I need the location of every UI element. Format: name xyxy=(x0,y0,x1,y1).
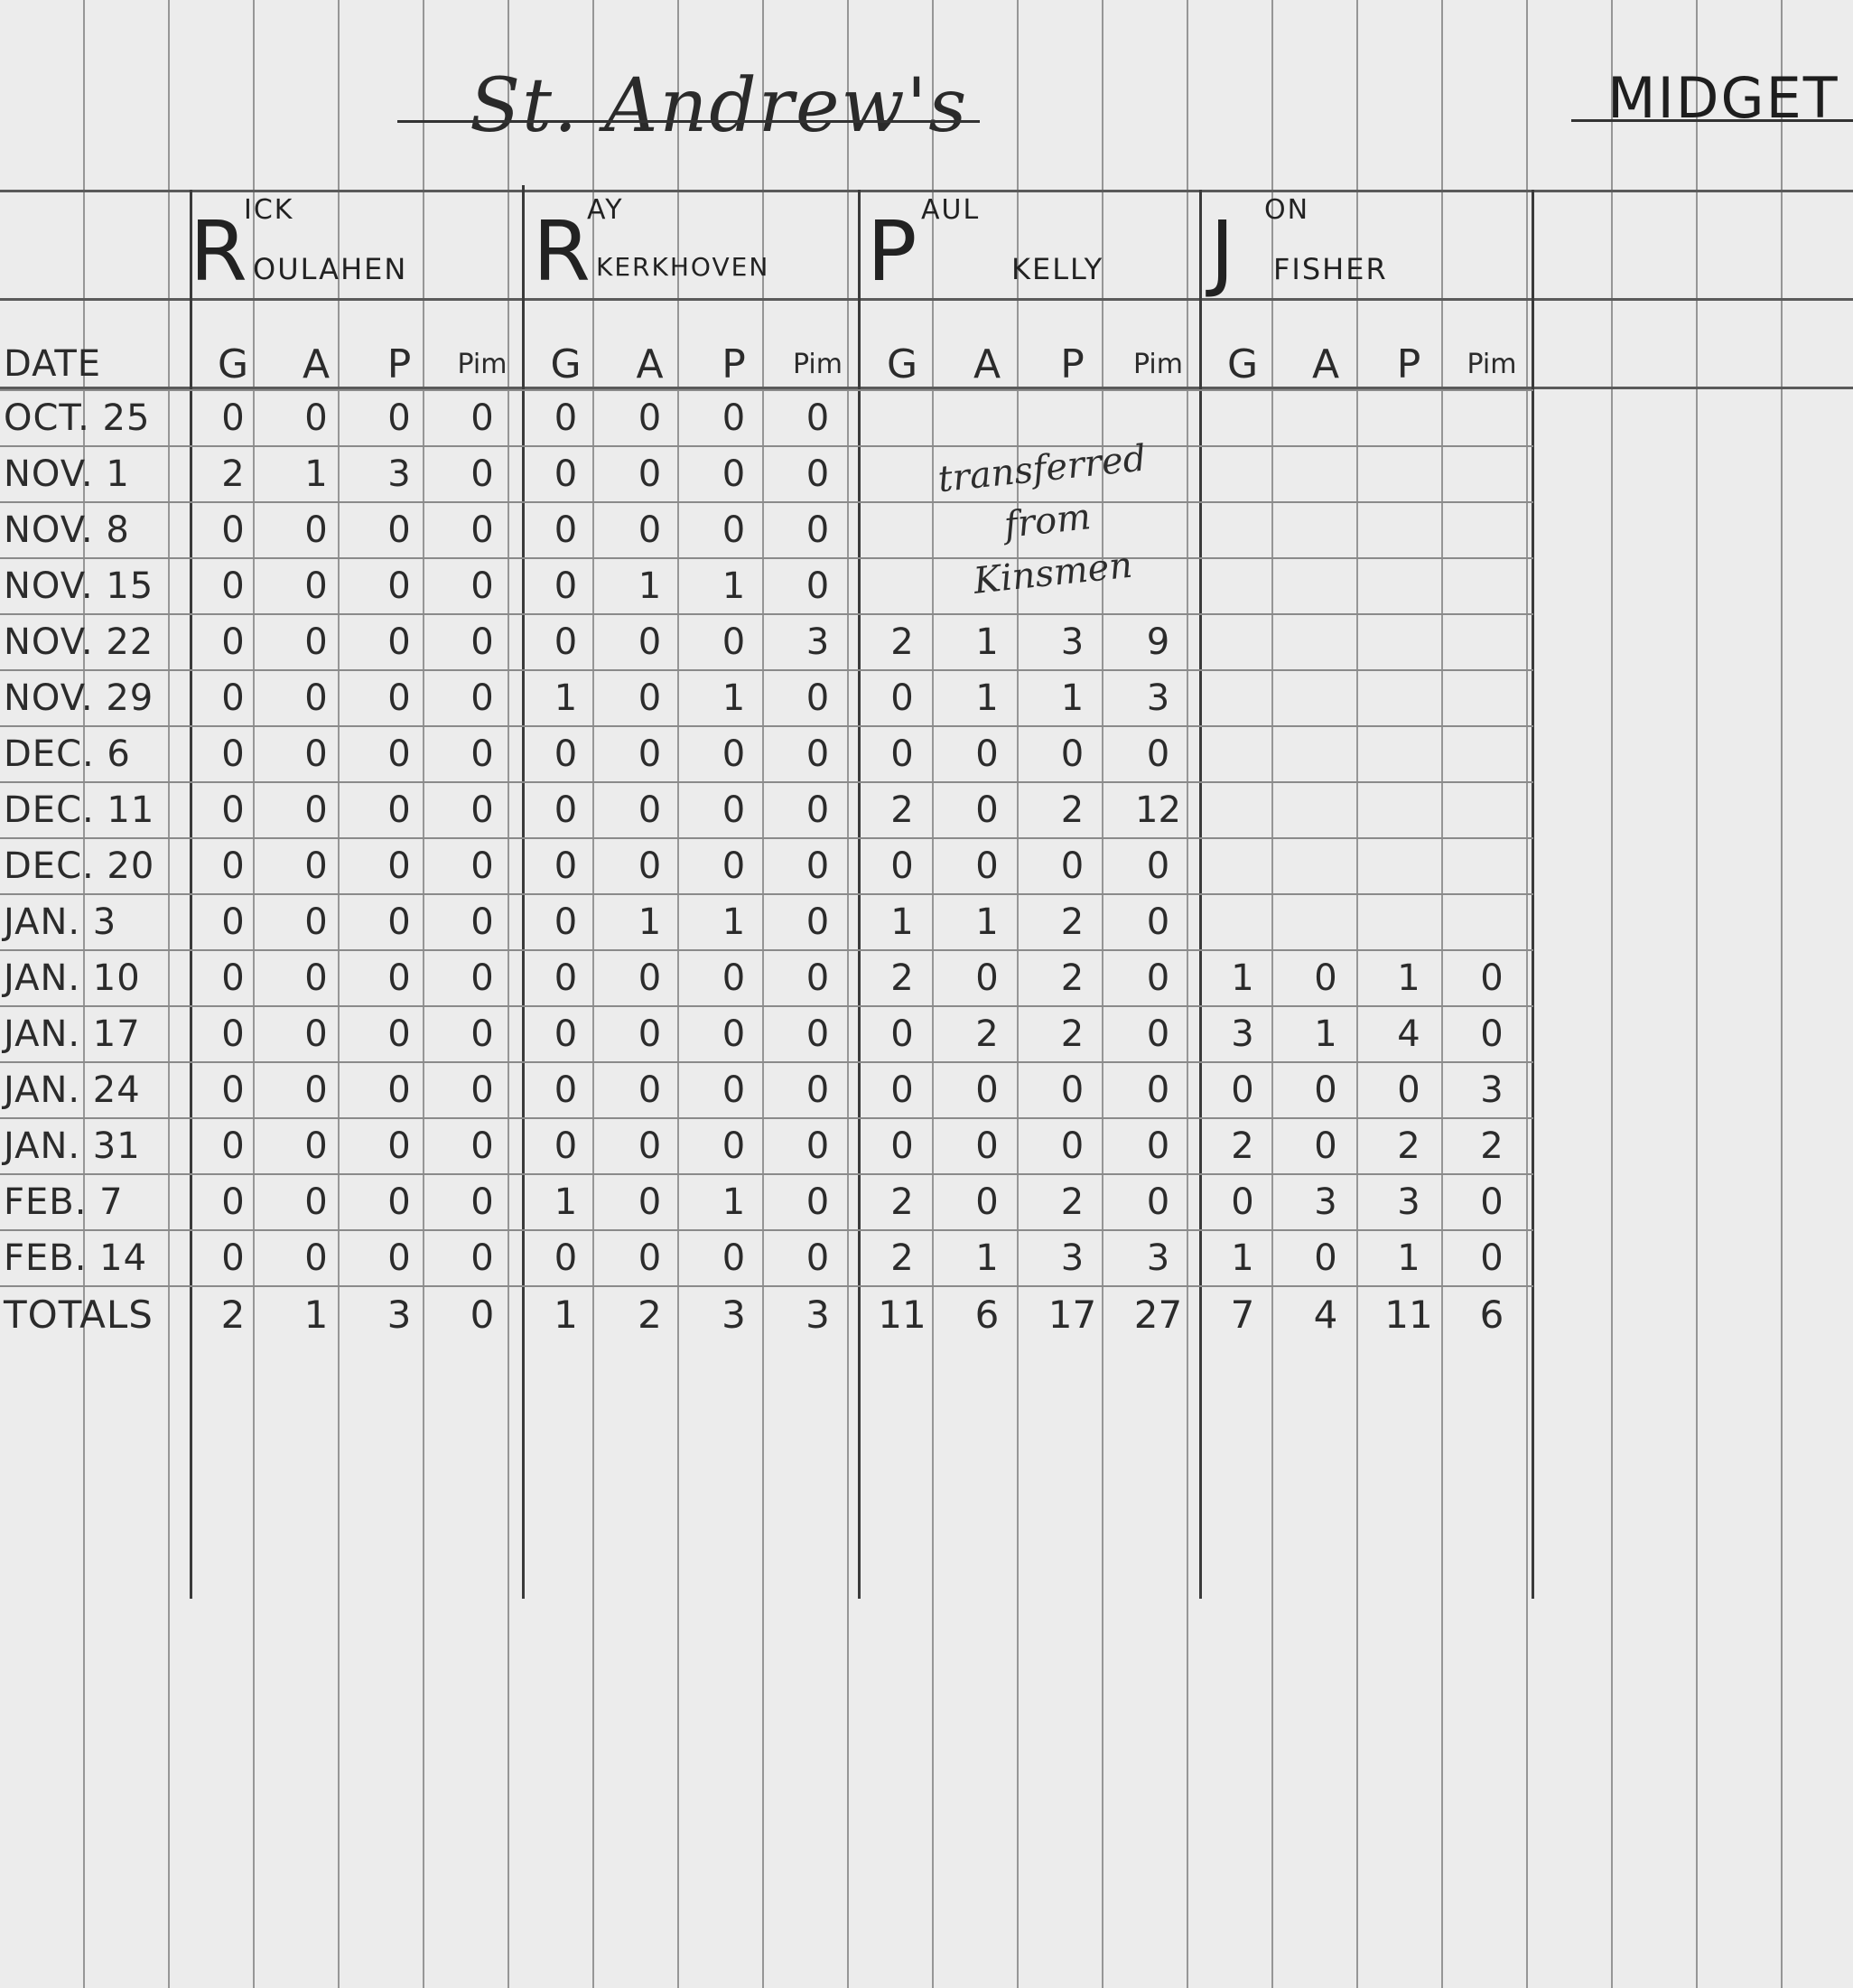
table-row: NOV. 1500000110 xyxy=(0,558,1533,614)
stat-cell: 0 xyxy=(524,1062,608,1118)
stat-cell: 3 xyxy=(358,446,441,502)
stat-cell: 0 xyxy=(358,1006,441,1062)
stat-cell: 2 xyxy=(1450,1118,1533,1174)
stat-cell: 0 xyxy=(441,390,524,446)
stat-cell: 0 xyxy=(441,558,524,614)
stat-cell: 0 xyxy=(692,782,776,838)
stat-cell: 0 xyxy=(191,894,275,950)
stat-cell: 0 xyxy=(776,1118,860,1174)
stat-cell xyxy=(1450,670,1533,726)
stat-header-pim: Pim xyxy=(441,339,524,390)
game-date: DEC. 6 xyxy=(0,726,191,782)
stat-cell: 2 xyxy=(1029,950,1115,1006)
stat-cell: 2 xyxy=(191,446,275,502)
stat-cell: 0 xyxy=(776,782,860,838)
stat-cell: 0 xyxy=(776,670,860,726)
stat-cell: 3 xyxy=(1115,670,1201,726)
stat-cell xyxy=(1201,390,1284,446)
game-date: JAN. 24 xyxy=(0,1062,191,1118)
stat-cell: 0 xyxy=(608,950,692,1006)
stat-cell: 0 xyxy=(191,1006,275,1062)
table-row: JAN. 240000000000000003 xyxy=(0,1062,1533,1118)
player-last-name: FISHER xyxy=(1273,252,1388,286)
game-date: FEB. 7 xyxy=(0,1174,191,1230)
stat-cell: 0 xyxy=(1115,838,1201,894)
stat-cell: 0 xyxy=(275,558,358,614)
stat-cell: 0 xyxy=(1201,1062,1284,1118)
stat-cell: 0 xyxy=(1284,1062,1367,1118)
stat-cell: 2 xyxy=(860,1174,945,1230)
stat-cell: 0 xyxy=(776,950,860,1006)
stat-cell: 0 xyxy=(524,614,608,670)
game-date: OCT. 25 xyxy=(0,390,191,446)
stat-cell: 3 xyxy=(1029,614,1115,670)
stat-cell: 0 xyxy=(358,726,441,782)
stat-cell xyxy=(1201,782,1284,838)
stat-cell: 0 xyxy=(608,502,692,558)
stat-cell: 0 xyxy=(945,1118,1029,1174)
stat-cell: 1 xyxy=(275,446,358,502)
stat-cell: 0 xyxy=(692,614,776,670)
game-date: NOV. 29 xyxy=(0,670,191,726)
stat-cell xyxy=(1201,726,1284,782)
total-cell: 6 xyxy=(945,1286,1029,1341)
stat-cell xyxy=(1367,670,1450,726)
stat-cell: 0 xyxy=(692,838,776,894)
stat-cell: 0 xyxy=(608,614,692,670)
stat-cell: 0 xyxy=(441,950,524,1006)
stat-cell: 3 xyxy=(1450,1062,1533,1118)
stat-cell: 0 xyxy=(860,838,945,894)
stat-cell: 0 xyxy=(776,1230,860,1286)
stat-cell: 1 xyxy=(1367,950,1450,1006)
table-row: DEC. 20000000000000 xyxy=(0,838,1533,894)
game-date: FEB. 14 xyxy=(0,1230,191,1286)
stat-cell: 0 xyxy=(945,1062,1029,1118)
stat-cell: 1 xyxy=(608,894,692,950)
stat-cell: 0 xyxy=(1115,894,1201,950)
table-row: FEB. 70000101020200330 xyxy=(0,1174,1533,1230)
stat-cell: 0 xyxy=(608,1062,692,1118)
stat-cell: 0 xyxy=(275,670,358,726)
stat-cell: 1 xyxy=(1201,950,1284,1006)
stat-cell: 0 xyxy=(1284,1118,1367,1174)
total-cell: 2 xyxy=(191,1286,275,1341)
stat-cell: 1 xyxy=(692,670,776,726)
table-row: NOV. 121300000 xyxy=(0,446,1533,502)
stat-header-g: G xyxy=(191,339,275,390)
stat-cell: 0 xyxy=(776,390,860,446)
total-cell: 7 xyxy=(1201,1286,1284,1341)
stat-cell: 0 xyxy=(191,950,275,1006)
stat-cell xyxy=(1201,446,1284,502)
total-cell: 11 xyxy=(1367,1286,1450,1341)
stat-cell xyxy=(1201,670,1284,726)
stat-cell: 2 xyxy=(945,1006,1029,1062)
player-last-name: KERKHOVEN xyxy=(596,252,769,282)
stat-cell xyxy=(1201,558,1284,614)
stat-cell: 1 xyxy=(860,894,945,950)
player-header-3: P AUL KELLY xyxy=(867,194,1199,303)
stat-cell: 1 xyxy=(692,894,776,950)
team-title-underline xyxy=(397,120,980,123)
total-cell: 27 xyxy=(1115,1286,1201,1341)
stat-cell: 2 xyxy=(860,950,945,1006)
stat-cell: 0 xyxy=(945,782,1029,838)
stat-cell: 0 xyxy=(275,1230,358,1286)
stat-cell: 0 xyxy=(191,614,275,670)
stat-cell: 0 xyxy=(608,1006,692,1062)
stat-cell: 0 xyxy=(692,1118,776,1174)
stat-cell: 1 xyxy=(1201,1230,1284,1286)
stat-cell: 0 xyxy=(945,1174,1029,1230)
total-cell: 17 xyxy=(1029,1286,1115,1341)
stat-cell: 1 xyxy=(524,1174,608,1230)
stat-cell: 0 xyxy=(441,1062,524,1118)
stat-cell xyxy=(1367,838,1450,894)
stat-cell: 0 xyxy=(191,558,275,614)
table-row: JAN. 170000000002203140 xyxy=(0,1006,1533,1062)
stat-cell: 0 xyxy=(358,502,441,558)
division-underline xyxy=(1571,119,1853,122)
player-header-2: R AY KERKHOVEN xyxy=(533,194,858,303)
stat-header-p: P xyxy=(1367,339,1450,390)
stat-cell: 0 xyxy=(945,726,1029,782)
stat-cell xyxy=(1450,894,1533,950)
stat-cell xyxy=(860,390,945,446)
stat-cell xyxy=(1450,614,1533,670)
stat-cell: 0 xyxy=(524,390,608,446)
total-cell: 11 xyxy=(860,1286,945,1341)
table-row: NOV. 29000010100113 xyxy=(0,670,1533,726)
stat-cell: 0 xyxy=(358,614,441,670)
stat-cell: 0 xyxy=(524,558,608,614)
stat-cell xyxy=(1367,558,1450,614)
player-initial: J xyxy=(1210,203,1234,300)
table-row: DEC. 110000000020212 xyxy=(0,782,1533,838)
stat-cell: 0 xyxy=(524,782,608,838)
stat-cell: 0 xyxy=(1029,1118,1115,1174)
stat-cell: 3 xyxy=(776,614,860,670)
stat-cell: 0 xyxy=(191,390,275,446)
stat-cell: 0 xyxy=(441,838,524,894)
stat-cell: 0 xyxy=(776,1006,860,1062)
stat-cell: 0 xyxy=(358,1062,441,1118)
stat-cell: 0 xyxy=(1115,726,1201,782)
stat-cell xyxy=(1367,614,1450,670)
totals-label: TOTALS xyxy=(0,1286,191,1341)
player-header-4: J ON FISHER xyxy=(1210,194,1532,303)
stat-cell xyxy=(1284,670,1367,726)
stat-cell: 3 xyxy=(1115,1230,1201,1286)
stat-header-a: A xyxy=(945,339,1029,390)
stat-header-pim: Pim xyxy=(1450,339,1533,390)
stat-header-p: P xyxy=(692,339,776,390)
stat-cell: 0 xyxy=(358,1118,441,1174)
stat-cell: 0 xyxy=(441,502,524,558)
stat-cell: 0 xyxy=(860,726,945,782)
stat-header-a: A xyxy=(1284,339,1367,390)
table-row: NOV. 22000000032139 xyxy=(0,614,1533,670)
stat-cell: 0 xyxy=(776,502,860,558)
stat-cell: 2 xyxy=(860,1230,945,1286)
stat-cell: 0 xyxy=(275,1118,358,1174)
stat-header-p: P xyxy=(1029,339,1115,390)
stat-cell: 0 xyxy=(1115,950,1201,1006)
stat-cell: 0 xyxy=(945,838,1029,894)
total-cell: 6 xyxy=(1450,1286,1533,1341)
game-date: JAN. 17 xyxy=(0,1006,191,1062)
stat-cell: 0 xyxy=(1029,726,1115,782)
stat-cell: 0 xyxy=(191,1230,275,1286)
stat-cell: 0 xyxy=(1284,950,1367,1006)
stat-cell: 12 xyxy=(1115,782,1201,838)
stat-cell: 0 xyxy=(441,670,524,726)
stat-cell: 2 xyxy=(1029,1174,1115,1230)
player-initial: R xyxy=(190,203,247,300)
stat-cell: 0 xyxy=(358,670,441,726)
stat-cell: 0 xyxy=(275,502,358,558)
stat-cell: 4 xyxy=(1367,1006,1450,1062)
stat-cell: 0 xyxy=(608,390,692,446)
stat-cell xyxy=(1284,502,1367,558)
stat-cell: 1 xyxy=(1029,670,1115,726)
stat-cell: 0 xyxy=(1450,950,1533,1006)
stat-cell: 0 xyxy=(776,446,860,502)
stat-cell: 0 xyxy=(524,838,608,894)
stat-cell xyxy=(1201,614,1284,670)
game-date: DEC. 11 xyxy=(0,782,191,838)
stat-cell: 0 xyxy=(1115,1118,1201,1174)
stat-cell: 0 xyxy=(524,1230,608,1286)
transfer-note: transferred from Kinsmen xyxy=(887,427,1208,616)
stat-cell: 0 xyxy=(608,838,692,894)
stat-cell xyxy=(1284,894,1367,950)
stat-cell: 0 xyxy=(1450,1174,1533,1230)
stat-cell: 0 xyxy=(441,1118,524,1174)
stat-cell: 1 xyxy=(692,1174,776,1230)
stat-header-pim: Pim xyxy=(1115,339,1201,390)
stat-cell: 0 xyxy=(191,1118,275,1174)
stat-cell: 0 xyxy=(191,670,275,726)
stat-cell: 0 xyxy=(692,726,776,782)
stat-cell xyxy=(1367,726,1450,782)
team-title: St. Andrew's xyxy=(470,63,968,149)
stat-cell: 0 xyxy=(358,1230,441,1286)
stat-cell: 0 xyxy=(191,726,275,782)
stat-cell: 2 xyxy=(1029,894,1115,950)
stat-cell: 0 xyxy=(776,1174,860,1230)
stat-cell: 0 xyxy=(275,838,358,894)
stat-cell xyxy=(1450,782,1533,838)
stat-cell: 0 xyxy=(441,1230,524,1286)
stat-cell: 9 xyxy=(1115,614,1201,670)
stat-cell: 0 xyxy=(524,894,608,950)
table-row: JAN. 100000000020201010 xyxy=(0,950,1533,1006)
stats-table: DATE GAPPimGAPPimGAPPimGAPPim OCT. 25000… xyxy=(0,339,1533,1341)
stat-cell: 0 xyxy=(358,558,441,614)
stat-header-g: G xyxy=(524,339,608,390)
stat-cell xyxy=(1201,894,1284,950)
stat-cell xyxy=(1284,390,1367,446)
stat-cell: 0 xyxy=(275,726,358,782)
stat-cell: 0 xyxy=(945,950,1029,1006)
stat-cell: 0 xyxy=(776,726,860,782)
stat-cell xyxy=(1367,446,1450,502)
stat-cell: 0 xyxy=(275,1006,358,1062)
stat-header-a: A xyxy=(275,339,358,390)
stat-cell: 1 xyxy=(945,1230,1029,1286)
stat-cell: 0 xyxy=(441,614,524,670)
total-cell: 3 xyxy=(776,1286,860,1341)
stat-cell xyxy=(1284,726,1367,782)
stat-cell: 0 xyxy=(358,950,441,1006)
stat-cell xyxy=(1450,726,1533,782)
stat-cell xyxy=(1367,502,1450,558)
stat-cell: 1 xyxy=(608,558,692,614)
stat-cell: 0 xyxy=(692,1006,776,1062)
player-last-name: KELLY xyxy=(1011,252,1103,286)
stat-header-g: G xyxy=(860,339,945,390)
player-initial: R xyxy=(533,203,591,300)
stat-cell: 3 xyxy=(1284,1174,1367,1230)
stat-cell: 0 xyxy=(524,502,608,558)
game-date: DEC. 20 xyxy=(0,838,191,894)
stat-cell: 0 xyxy=(441,1174,524,1230)
stat-cell: 0 xyxy=(608,1230,692,1286)
total-cell: 2 xyxy=(608,1286,692,1341)
game-date: NOV. 1 xyxy=(0,446,191,502)
game-date: NOV. 8 xyxy=(0,502,191,558)
stat-cell: 0 xyxy=(860,670,945,726)
stat-cell: 2 xyxy=(1029,782,1115,838)
stat-cell: 1 xyxy=(1284,1006,1367,1062)
stat-cell: 0 xyxy=(608,726,692,782)
stat-cell: 0 xyxy=(608,446,692,502)
stat-cell: 2 xyxy=(1201,1118,1284,1174)
stat-cell: 0 xyxy=(608,1174,692,1230)
stat-header-a: A xyxy=(608,339,692,390)
table-row: NOV. 800000000 xyxy=(0,502,1533,558)
stat-cell: 0 xyxy=(524,950,608,1006)
stat-cell: 0 xyxy=(191,1174,275,1230)
stat-cell xyxy=(1284,446,1367,502)
stat-cell xyxy=(1450,446,1533,502)
stat-cell xyxy=(1450,502,1533,558)
stat-cell xyxy=(1367,390,1450,446)
stat-cell: 0 xyxy=(860,1118,945,1174)
stat-cell: 0 xyxy=(608,782,692,838)
stat-cell xyxy=(1201,502,1284,558)
stat-cell: 0 xyxy=(275,1174,358,1230)
stat-cell xyxy=(1367,782,1450,838)
stat-cell: 0 xyxy=(1029,838,1115,894)
stat-cell: 0 xyxy=(358,894,441,950)
stat-cell: 0 xyxy=(860,1006,945,1062)
stat-cell xyxy=(1284,558,1367,614)
stat-cell: 0 xyxy=(441,782,524,838)
stat-cell xyxy=(1201,838,1284,894)
game-date: NOV. 22 xyxy=(0,614,191,670)
stat-cell: 0 xyxy=(1450,1006,1533,1062)
player-first-name: AUL xyxy=(921,194,980,226)
stat-cell: 0 xyxy=(692,1062,776,1118)
stat-cell: 0 xyxy=(275,782,358,838)
player-first-name: ON xyxy=(1264,194,1309,226)
stat-cell: 0 xyxy=(1029,1062,1115,1118)
stat-cell: 0 xyxy=(692,950,776,1006)
stat-cell xyxy=(1450,838,1533,894)
player-last-name: OULAHEN xyxy=(253,252,407,286)
stat-cell: 2 xyxy=(860,614,945,670)
table-row: FEB. 140000000021331010 xyxy=(0,1230,1533,1286)
stat-cell: 0 xyxy=(524,446,608,502)
stat-cell: 0 xyxy=(275,390,358,446)
stat-cell: 0 xyxy=(275,614,358,670)
player-first-name: ICK xyxy=(244,194,293,226)
stat-cell: 0 xyxy=(692,446,776,502)
game-date: JAN. 10 xyxy=(0,950,191,1006)
stat-cell: 0 xyxy=(692,1230,776,1286)
total-cell: 1 xyxy=(275,1286,358,1341)
stat-cell: 0 xyxy=(191,782,275,838)
stat-cell: 2 xyxy=(860,782,945,838)
stat-cell: 0 xyxy=(358,782,441,838)
stat-cell: 0 xyxy=(524,1006,608,1062)
stat-cell: 1 xyxy=(945,894,1029,950)
stat-cell xyxy=(1284,782,1367,838)
stat-cell xyxy=(1284,614,1367,670)
game-date: JAN. 31 xyxy=(0,1118,191,1174)
totals-row: TOTALS21301233116172774116 xyxy=(0,1286,1533,1341)
stat-cell: 0 xyxy=(1201,1174,1284,1230)
total-cell: 0 xyxy=(441,1286,524,1341)
stat-cell: 0 xyxy=(441,1006,524,1062)
stat-cell: 0 xyxy=(441,446,524,502)
stat-cell: 0 xyxy=(275,950,358,1006)
stat-header-p: P xyxy=(358,339,441,390)
stat-cell: 0 xyxy=(441,726,524,782)
stat-cell: 0 xyxy=(776,838,860,894)
stat-header-pim: Pim xyxy=(776,339,860,390)
stat-cell xyxy=(1450,558,1533,614)
game-date: JAN. 3 xyxy=(0,894,191,950)
total-cell: 3 xyxy=(692,1286,776,1341)
stat-cell: 1 xyxy=(945,614,1029,670)
stat-cell: 3 xyxy=(1029,1230,1115,1286)
stat-cell: 0 xyxy=(358,390,441,446)
stat-cell: 3 xyxy=(1367,1174,1450,1230)
stat-cell: 0 xyxy=(776,1062,860,1118)
total-cell: 1 xyxy=(524,1286,608,1341)
stat-cell xyxy=(1284,838,1367,894)
stat-cell xyxy=(1450,390,1533,446)
stat-header-g: G xyxy=(1201,339,1284,390)
total-cell: 4 xyxy=(1284,1286,1367,1341)
table-row: JAN. 3000001101120 xyxy=(0,894,1533,950)
stat-cell: 0 xyxy=(524,1118,608,1174)
player-first-name: AY xyxy=(587,194,624,226)
table-row: JAN. 310000000000002022 xyxy=(0,1118,1533,1174)
stat-cell: 1 xyxy=(524,670,608,726)
stat-cell: 1 xyxy=(692,558,776,614)
game-date: NOV. 15 xyxy=(0,558,191,614)
stat-cell: 2 xyxy=(1029,1006,1115,1062)
stat-cell xyxy=(1367,894,1450,950)
table-row: OCT. 2500000000 xyxy=(0,390,1533,446)
stat-cell: 0 xyxy=(275,1062,358,1118)
stat-cell: 1 xyxy=(1367,1230,1450,1286)
